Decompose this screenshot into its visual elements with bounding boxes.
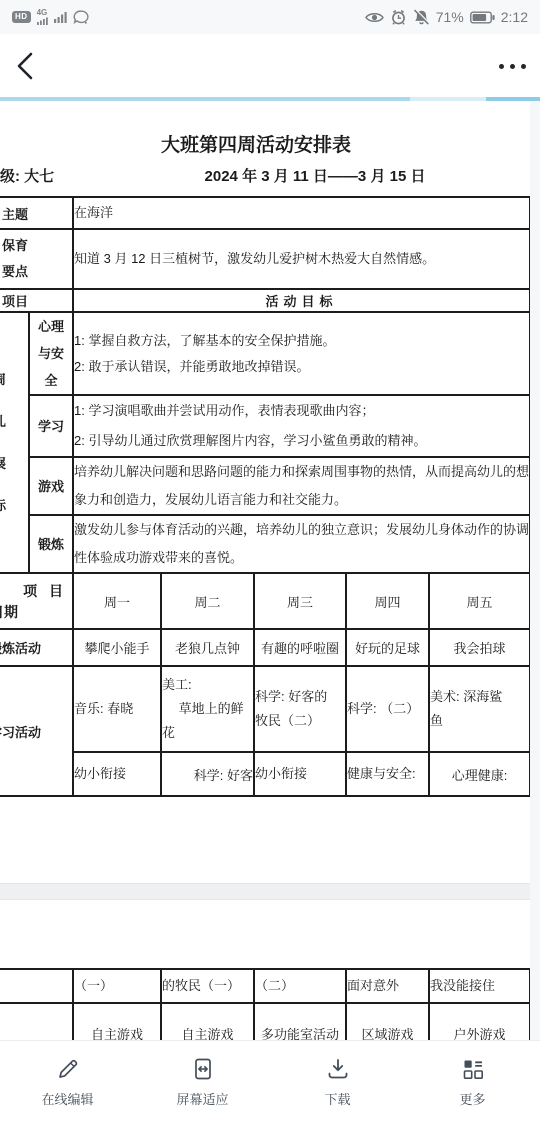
battery-icon (470, 11, 495, 24)
weekday-header-cell: 周四 (346, 573, 429, 629)
cont-cell: （一） (73, 969, 161, 1003)
learning-label-cell: 学习活动 (0, 666, 73, 796)
toolbar-item-download[interactable]: 下载 (270, 1041, 405, 1122)
screen: HD 4G (0, 0, 540, 1122)
weekday-header-cell: 周一 (73, 573, 161, 629)
cont-cell: 自主游戏 (73, 1003, 161, 1040)
goal-row-label: 锻炼 (29, 515, 73, 573)
more-grid-icon (460, 1056, 486, 1082)
eye-icon (365, 11, 384, 24)
care-label-cell: 保育 要点 (0, 229, 73, 289)
goal-header-cell: 活动目标 (73, 289, 530, 312)
class-label: 班级: 大七 (0, 165, 54, 186)
toolbar-item-more[interactable]: 更多 (405, 1041, 540, 1122)
bottom-toolbar: 在线编辑 屏幕适应 下载 更多 (0, 1040, 540, 1122)
more-ellipsis-icon (499, 64, 504, 69)
weekday-header-cell: 周五 (429, 573, 530, 629)
grid-corner-cell: 项 目 日期 (0, 573, 73, 629)
toolbar-item-fit-screen[interactable]: 屏幕适应 (135, 1041, 270, 1122)
learning-cell: 音乐: 春晓 (73, 666, 161, 752)
schedule-continuation-table: （一） 的牧民（一） （二） 面对意外 我没能接住 自主游戏 自主游戏 多功能室… (0, 968, 530, 1040)
cont-cell: 多功能室活动 (254, 1003, 346, 1040)
status-right-group: 71% 2:12 (365, 9, 528, 25)
exercise-cell: 我会拍球 (429, 629, 530, 666)
corner-project-label: 项 目 (23, 581, 67, 601)
toolbar-label: 下载 (324, 1089, 350, 1108)
dev-goal-label-cell: 本周 幼儿 发展 目标 (0, 312, 29, 573)
learning-cell: 科学: 好客 (161, 752, 254, 796)
status-left-group: HD 4G (12, 9, 90, 25)
exercise-cell: 老狼几点钟 (161, 629, 254, 666)
signal-bars-icon (54, 11, 67, 23)
hd-badge: HD (12, 11, 31, 23)
toolbar-label: 屏幕适应 (176, 1089, 228, 1108)
learning-cell: 幼小衔接 (254, 752, 346, 796)
cont-label-cell (0, 1003, 73, 1040)
pencil-icon (55, 1056, 81, 1082)
theme-value-cell: 在海洋 (73, 197, 530, 229)
learning-cell: 健康与安全: (346, 752, 429, 796)
date-range: 2024 年 3 月 11 日——3 月 15 日 (205, 165, 426, 186)
alarm-clock-icon (390, 9, 407, 25)
learning-cell: 美术: 深海鲨 鱼 (429, 666, 530, 752)
doc-title: 大班第四周活动安排表 (161, 130, 351, 157)
corner-date-label: 日期 (0, 602, 18, 622)
project-label-cell: 项目 (0, 289, 73, 312)
toolbar-label: 更多 (459, 1089, 485, 1108)
document-page-1: 大班第四周活动安排表 班级: 大七 2024 年 3 月 11 日——3 月 1… (0, 101, 530, 883)
exercise-cell: 攀爬小能手 (73, 629, 161, 666)
goal-row-label: 学习 (29, 395, 73, 457)
fit-screen-icon (190, 1056, 216, 1082)
cont-cell: 我没能接住 (429, 969, 530, 1003)
theme-label-cell: 主题 (0, 197, 73, 229)
chat-bubble-icon (73, 10, 90, 25)
clock-time: 2:12 (501, 9, 528, 25)
network-type-label: 4G (37, 9, 48, 17)
learning-cell: 科学: （二） (346, 666, 429, 752)
back-button[interactable] (14, 48, 46, 84)
page-gap (0, 883, 530, 900)
more-button[interactable] (499, 56, 526, 76)
battery-percent: 71% (436, 9, 464, 25)
status-bar: HD 4G (0, 0, 540, 34)
goal-row-text: 培养幼儿解决问题和思路问题的能力和探索周围事物的热情，从而提高幼儿的想象力和创造… (73, 457, 530, 515)
bell-muted-icon (413, 9, 430, 25)
cont-cell: （二） (254, 969, 346, 1003)
cont-cell: 自主游戏 (161, 1003, 254, 1040)
cont-cell: 的牧民（一） (161, 969, 254, 1003)
exercise-cell: 好玩的足球 (346, 629, 429, 666)
back-chevron-icon (14, 50, 36, 82)
goal-row-text: 1: 掌握自救方法，了解基本的安全保护措施。 2: 敢于承认错误，并能勇敢地改掉… (73, 312, 530, 395)
weekday-header-cell: 周二 (161, 573, 254, 629)
document-page-2: （一） 的牧民（一） （二） 面对意外 我没能接住 自主游戏 自主游戏 多功能室… (0, 900, 530, 1040)
goal-row-label: 游戏 (29, 457, 73, 515)
toolbar-label: 在线编辑 (41, 1089, 93, 1108)
learning-cell: 心理健康: (429, 752, 530, 796)
learning-cell: 科学: 好客的 牧民（二） (254, 666, 346, 752)
care-text-cell: 知道 3 月 12 日三植树节，激发幼儿爱护树木热爱大自然情感。 (73, 229, 530, 289)
cont-cell: 面对意外 (346, 969, 429, 1003)
goal-row-text: 1: 学习演唱歌曲并尝试用动作，表情表现歌曲内容； 2: 引导幼儿通过欣赏理解图… (73, 395, 530, 457)
nav-bar (0, 34, 540, 97)
learning-cell: 美工: 草地上的鲜 花 (161, 666, 254, 752)
viewer-background-strip (530, 101, 540, 1040)
cont-label-cell (0, 969, 73, 1003)
download-icon (325, 1056, 351, 1082)
cont-cell: 户外游戏 (429, 1003, 530, 1040)
cont-cell: 区域游戏 (346, 1003, 429, 1040)
exercise-label-cell: 锻炼活动 (0, 629, 73, 666)
weekday-header-cell: 周三 (254, 573, 346, 629)
goal-row-label: 心理 与安 全 (29, 312, 73, 395)
schedule-table: 主题 在海洋 保育 要点 知道 3 月 12 日三植树节，激发幼儿爱护树木热爱大… (0, 196, 530, 797)
signal-bars-icon (37, 17, 48, 25)
toolbar-item-online-edit[interactable]: 在线编辑 (0, 1041, 135, 1122)
learning-cell: 幼小衔接 (73, 752, 161, 796)
exercise-cell: 有趣的呼啦圈 (254, 629, 346, 666)
goal-row-text: 激发幼儿参与体育活动的兴趣，培养幼儿的独立意识；发展幼儿身体动作的协调性体验成功… (73, 515, 530, 573)
